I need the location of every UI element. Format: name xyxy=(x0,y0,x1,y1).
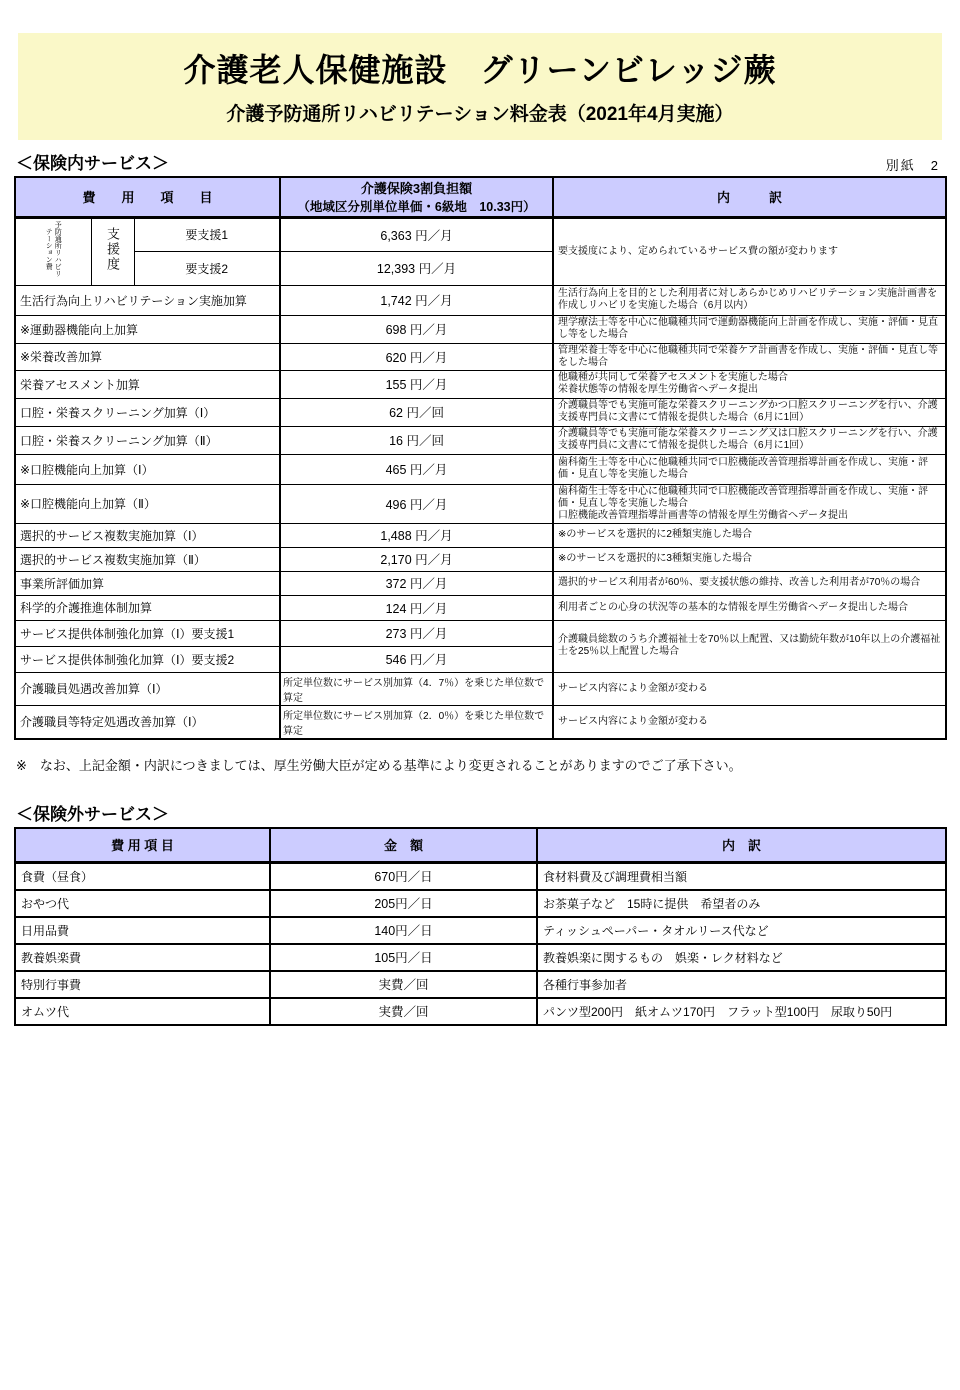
row-item: 事業所評価加算 xyxy=(15,571,280,595)
row-detail: 介護職員総数のうち介護福祉士を70％以上配置、又は勤続年数が10年以上の介護福祉… xyxy=(553,620,946,672)
row-detail: 教養娯楽に関するもの 娯楽・レク材料など xyxy=(537,944,946,971)
row-detail: 歯科衛生士等を中心に他職種共同で口腔機能改善管理指導計画を作成し、実施・評価・見… xyxy=(553,484,946,523)
table-row: 生活行為向上リハビリテーション実施加算 1,742 円／月 生活行為向上を目的と… xyxy=(15,285,946,315)
row-detail: ティッシュペーパー・タオルリース代など xyxy=(537,917,946,944)
row-item: 科学的介護推進体制加算 xyxy=(15,595,280,620)
support-level-cell: 支援度 xyxy=(91,217,134,285)
table-row: 介護職員等特定処遇改善加算（Ⅰ） 所定単位数にサービス別加算（2．0％）を乗じた… xyxy=(15,705,946,739)
table-row: サービス提供体制強化加算（Ⅰ）要支援1 273 円／月 介護職員総数のうち介護福… xyxy=(15,620,946,646)
table-row: 栄養アセスメント加算 155 円／月 他職種が共同して栄養アセスメントを実施した… xyxy=(15,370,946,398)
row-detail: パンツ型200円 紙オムツ170円 フラット型100円 尿取り50円 xyxy=(537,998,946,1025)
category-cell: 予防通所リハビリテーション費 xyxy=(15,217,91,285)
col-header-amount: 金 額 xyxy=(270,828,537,863)
col-header-item: 費 用 項 目 xyxy=(15,828,270,863)
section2-heading-row: ＜保険外サービス＞ xyxy=(16,800,946,825)
row-amount: 2,170 円／月 xyxy=(280,547,553,571)
row-amount: 実費／回 xyxy=(270,971,537,998)
table-row: ※口腔機能向上加算（Ⅱ） 496 円／月 歯科衛生士等を中心に他職種共同で口腔機… xyxy=(15,484,946,523)
table-row: 予防通所リハビリテーション費 支援度 要支援1 6,363 円／月 要支援度によ… xyxy=(15,217,946,251)
insurance-table: 費 用 項 目 介護保険3割負担額 （地域区分別単位単価・6級地 10.33円）… xyxy=(14,176,947,740)
row-amount: 16 円／回 xyxy=(280,426,553,454)
row-detail: 歯科衛生士等を中心に他職種共同で口腔機能改善管理指導計画を作成し、実施・評価・見… xyxy=(553,454,946,484)
col-header-amount-line2: （地域区分別単位単価・6級地 10.33円） xyxy=(281,197,552,215)
row-amount: 155 円／月 xyxy=(280,370,553,398)
row-detail: 要支援度により、定められているサービス費の額が変わります xyxy=(553,217,946,285)
row-detail: 食材料費及び調理費相当額 xyxy=(537,863,946,890)
row-amount: 496 円／月 xyxy=(280,484,553,523)
row-amount: 所定単位数にサービス別加算（2．0％）を乗じた単位数で算定 xyxy=(280,705,553,739)
row-amount: 62 円／回 xyxy=(280,398,553,426)
section2-heading: ＜保険外サービス＞ xyxy=(16,800,169,825)
row-detail: 理学療法士等を中心に他職種共同で運動器機能向上計画を作成し、実施・評価・見直し等… xyxy=(553,315,946,343)
row-item: 要支援2 xyxy=(134,251,280,285)
table-row: おやつ代 205円／日 お茶菓子など 15時に提供 希望者のみ xyxy=(15,890,946,917)
table-row: 選択的サービス複数実施加算（Ⅱ） 2,170 円／月 ※のサービスを選択的に3種… xyxy=(15,547,946,571)
row-item: ※栄養改善加算 xyxy=(15,343,280,370)
row-amount: 372 円／月 xyxy=(280,571,553,595)
row-detail: ※のサービスを選択的に3種類実施した場合 xyxy=(553,547,946,571)
table-row: 口腔・栄養スクリーニング加算（Ⅱ） 16 円／回 介護職員等でも実施可能な栄養ス… xyxy=(15,426,946,454)
row-detail: 介護職員等でも実施可能な栄養スクリーニング又は口腔スクリーニングを行い、介護支援… xyxy=(553,426,946,454)
row-detail: 介護職員等でも実施可能な栄養スクリーニングかつ口腔スクリーニングを行い、介護支援… xyxy=(553,398,946,426)
attachment-label: 別紙 2 xyxy=(886,155,946,174)
title-banner: 介護老人保健施設 グリーンビレッジ蕨 介護予防通所リハビリテーション料金表（20… xyxy=(18,33,942,140)
row-detail: 各種行事参加者 xyxy=(537,971,946,998)
table-row: 教養娯楽費 105円／日 教養娯楽に関するもの 娯楽・レク材料など xyxy=(15,944,946,971)
category-vertical-label: 予防通所リハビリテーション費 xyxy=(44,220,62,278)
row-amount: 実費／回 xyxy=(270,998,537,1025)
row-amount: 670円／日 xyxy=(270,863,537,890)
row-detail: サービス内容により金額が変わる xyxy=(553,705,946,739)
row-detail: 選択的サービス利用者が60％、要支援状態の維持、改善した利用者が70％の場合 xyxy=(553,571,946,595)
row-item: ※運動器機能向上加算 xyxy=(15,315,280,343)
table-row: オムツ代 実費／回 パンツ型200円 紙オムツ170円 フラット型100円 尿取… xyxy=(15,998,946,1025)
row-item: 栄養アセスメント加算 xyxy=(15,370,280,398)
price-list-subtitle: 介護予防通所リハビリテーション料金表（2021年4月実施） xyxy=(22,99,938,126)
row-detail: お茶菓子など 15時に提供 希望者のみ xyxy=(537,890,946,917)
row-item: 口腔・栄養スクリーニング加算（Ⅰ） xyxy=(15,398,280,426)
row-amount: 1,742 円／月 xyxy=(280,285,553,315)
row-amount: 12,393 円／月 xyxy=(280,251,553,285)
disclaimer-note: ※ なお、上記金額・内訳につきましては、厚生労働大臣が定める基準により変更される… xyxy=(16,755,946,774)
row-amount: 140円／日 xyxy=(270,917,537,944)
row-item: 選択的サービス複数実施加算（Ⅱ） xyxy=(15,547,280,571)
table-row: ※栄養改善加算 620 円／月 管理栄養士等を中心に他職種共同で栄養ケア計画書を… xyxy=(15,343,946,370)
col-header-amount-line1: 介護保険3割負担額 xyxy=(281,178,552,197)
support-level-label: 支援度 xyxy=(105,223,120,275)
table-row: 日用品費 140円／日 ティッシュペーパー・タオルリース代など xyxy=(15,917,946,944)
row-amount: 546 円／月 xyxy=(280,646,553,672)
insurance-table-header-row: 費 用 項 目 介護保険3割負担額 （地域区分別単位単価・6級地 10.33円）… xyxy=(15,177,946,217)
col-header-amount: 介護保険3割負担額 （地域区分別単位単価・6級地 10.33円） xyxy=(280,177,553,217)
row-detail: 他職種が共同して栄養アセスメントを実施した場合 栄養状態等の情報を厚生労働省へデ… xyxy=(553,370,946,398)
row-detail: 管理栄養士等を中心に他職種共同で栄養ケア計画書を作成し、実施・評価・見直し等をし… xyxy=(553,343,946,370)
row-item: 教養娯楽費 xyxy=(15,944,270,971)
table-row: 事業所評価加算 372 円／月 選択的サービス利用者が60％、要支援状態の維持、… xyxy=(15,571,946,595)
section1-heading-row: ＜保険内サービス＞ 別紙 2 xyxy=(16,149,946,174)
row-item: 介護職員処遇改善加算（Ⅰ） xyxy=(15,672,280,705)
row-amount: 620 円／月 xyxy=(280,343,553,370)
col-header-detail: 内 訳 xyxy=(553,177,946,217)
table-row: 口腔・栄養スクリーニング加算（Ⅰ） 62 円／回 介護職員等でも実施可能な栄養ス… xyxy=(15,398,946,426)
row-detail: サービス内容により金額が変わる xyxy=(553,672,946,705)
row-item: サービス提供体制強化加算（Ⅰ）要支援1 xyxy=(15,620,280,646)
table-row: 科学的介護推進体制加算 124 円／月 利用者ごとの心身の状況等の基本的な情報を… xyxy=(15,595,946,620)
row-item: 要支援1 xyxy=(134,217,280,251)
row-item: サービス提供体制強化加算（Ⅰ）要支援2 xyxy=(15,646,280,672)
table-row: ※運動器機能向上加算 698 円／月 理学療法士等を中心に他職種共同で運動器機能… xyxy=(15,315,946,343)
row-item: 介護職員等特定処遇改善加算（Ⅰ） xyxy=(15,705,280,739)
row-amount: 105円／日 xyxy=(270,944,537,971)
row-amount: 698 円／月 xyxy=(280,315,553,343)
row-detail: ※のサービスを選択的に2種類実施した場合 xyxy=(553,523,946,547)
row-item: オムツ代 xyxy=(15,998,270,1025)
col-header-item: 費 用 項 目 xyxy=(15,177,280,217)
facility-title: 介護老人保健施設 グリーンビレッジ蕨 xyxy=(22,45,938,91)
row-item: おやつ代 xyxy=(15,890,270,917)
table-row: 介護職員処遇改善加算（Ⅰ） 所定単位数にサービス別加算（4．7％）を乗じた単位数… xyxy=(15,672,946,705)
row-amount: 所定単位数にサービス別加算（4．7％）を乗じた単位数で算定 xyxy=(280,672,553,705)
row-amount: 124 円／月 xyxy=(280,595,553,620)
row-amount: 205円／日 xyxy=(270,890,537,917)
row-amount: 6,363 円／月 xyxy=(280,217,553,251)
row-detail: 生活行為向上を目的とした利用者に対しあらかじめリハビリテーション実施計画書を作成… xyxy=(553,285,946,315)
non-insurance-header-row: 費 用 項 目 金 額 内 訳 xyxy=(15,828,946,863)
row-amount: 1,488 円／月 xyxy=(280,523,553,547)
row-item: 食費（昼食） xyxy=(15,863,270,890)
row-item: 口腔・栄養スクリーニング加算（Ⅱ） xyxy=(15,426,280,454)
col-header-detail: 内 訳 xyxy=(537,828,946,863)
table-row: 食費（昼食） 670円／日 食材料費及び調理費相当額 xyxy=(15,863,946,890)
row-item: 日用品費 xyxy=(15,917,270,944)
table-row: ※口腔機能向上加算（Ⅰ） 465 円／月 歯科衛生士等を中心に他職種共同で口腔機… xyxy=(15,454,946,484)
row-item: 特別行事費 xyxy=(15,971,270,998)
row-amount: 273 円／月 xyxy=(280,620,553,646)
row-detail: 利用者ごとの心身の状況等の基本的な情報を厚生労働省へデータ提出した場合 xyxy=(553,595,946,620)
table-row: 選択的サービス複数実施加算（Ⅰ） 1,488 円／月 ※のサービスを選択的に2種… xyxy=(15,523,946,547)
row-item: 選択的サービス複数実施加算（Ⅰ） xyxy=(15,523,280,547)
row-amount: 465 円／月 xyxy=(280,454,553,484)
table-row: 特別行事費 実費／回 各種行事参加者 xyxy=(15,971,946,998)
row-item: 生活行為向上リハビリテーション実施加算 xyxy=(15,285,280,315)
section1-heading: ＜保険内サービス＞ xyxy=(16,149,169,174)
non-insurance-table: 費 用 項 目 金 額 内 訳 食費（昼食） 670円／日 食材料費及び調理費相… xyxy=(14,827,947,1026)
row-item: ※口腔機能向上加算（Ⅰ） xyxy=(15,454,280,484)
row-item: ※口腔機能向上加算（Ⅱ） xyxy=(15,484,280,523)
